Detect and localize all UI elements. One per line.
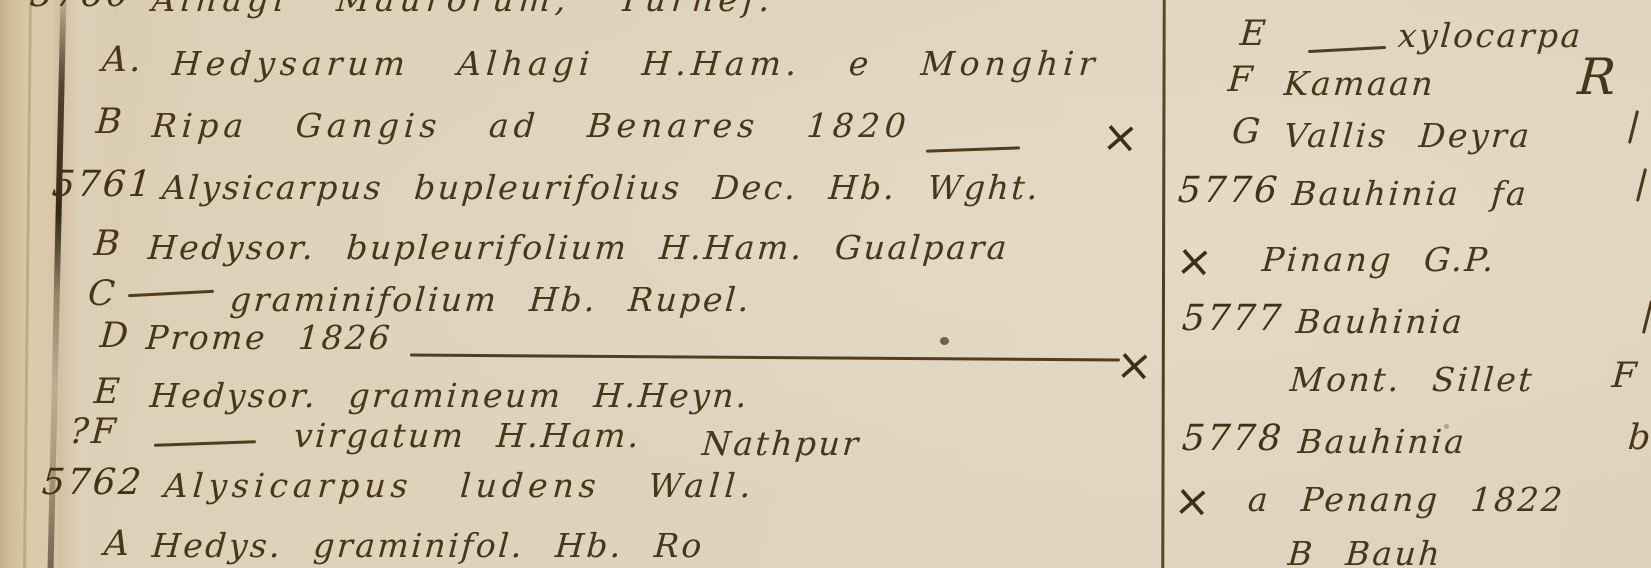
entry-number: 5762	[41, 462, 145, 503]
sub-entry-text: B Bauh	[1287, 534, 1444, 568]
cross-mark: ×	[1100, 111, 1140, 164]
locality-text: Nathpur	[701, 424, 862, 463]
sub-entry-text: Ripa Gangis ad Benares 1820	[151, 106, 913, 145]
manuscript-page: 5760 Alhagi Maurorum, Turnef. A. Hedysar…	[0, 0, 1651, 568]
sub-entry-text: graminifolium Hb. Rupel.	[229, 280, 753, 319]
inked-dash	[128, 290, 214, 297]
cross-mark: ×	[1114, 339, 1154, 392]
sub-entry-letter: D	[99, 316, 132, 356]
species-name: Bauhinia	[1295, 302, 1466, 341]
sub-entry-text: xylocarpa	[1397, 16, 1585, 55]
locality-text: Pinang G.P.	[1261, 240, 1497, 279]
sub-entry-text: Kamaan	[1283, 64, 1437, 103]
locality-text: a Penang 1822	[1247, 480, 1566, 519]
entry-number: 5776	[1177, 170, 1281, 211]
entry-number: 5760	[29, 0, 133, 15]
species-name: Alysicarpus bupleurifolius Dec. Hb. Wght…	[161, 168, 1042, 207]
locality-text: Mont. Sillet	[1289, 360, 1536, 399]
sub-entry-text: Hedysor. gramineum H.Heyn.	[149, 376, 751, 415]
cross-mark: ×	[1172, 475, 1212, 528]
sub-entry-letter: E	[1239, 14, 1270, 54]
sub-entry-letter: B	[95, 102, 126, 142]
sub-entry-letter: A	[103, 524, 134, 564]
partial-letter: R	[1576, 48, 1620, 106]
entry-number: 5777	[1181, 298, 1285, 339]
sub-entry-text: Hedys. graminifol. Hb. Ro	[151, 526, 706, 565]
inked-dash	[154, 440, 256, 446]
sub-entry-text: Hedysor. bupleurifolium H.Ham. Gualpara	[147, 228, 1011, 267]
inked-dash	[1308, 46, 1386, 53]
inked-dash	[926, 146, 1020, 152]
entry-number: 5761	[51, 164, 155, 205]
partial-letter: b	[1627, 418, 1651, 458]
column-divider-rule	[1161, 0, 1165, 568]
inked-rule	[410, 354, 1120, 361]
species-name: Bauhinia fa	[1291, 174, 1530, 213]
sub-entry-letter: F	[1227, 60, 1257, 100]
sub-entry-letter: ?F	[69, 412, 120, 452]
sub-entry-text: Vallis Deyra	[1283, 116, 1533, 155]
entry-number: 5778	[1181, 418, 1285, 459]
cross-mark: ×	[1174, 235, 1214, 288]
sub-entry-letter: C	[87, 274, 119, 314]
sub-entry-text: Prome 1826	[145, 318, 394, 357]
sub-entry-text: Hedysarum Alhagi H.Ham. e Monghir	[171, 44, 1101, 83]
sub-entry-letter: E	[93, 372, 124, 412]
partial-letter-stroke	[1642, 300, 1651, 334]
sub-entry-text: virgatum H.Ham.	[293, 416, 643, 455]
partial-letter: F	[1611, 356, 1641, 396]
ink-speck	[940, 337, 949, 345]
species-name: Alhagi Maurorum, Turnef.	[151, 0, 776, 19]
species-name: Bauhinia	[1297, 422, 1468, 461]
species-name: Alysicarpus ludens Wall.	[163, 466, 757, 505]
sub-entry-letter: B	[93, 224, 124, 264]
sub-entry-letter: G	[1231, 112, 1264, 152]
partial-letter-stroke	[1636, 168, 1647, 202]
partial-letter-stroke	[1628, 110, 1639, 144]
sub-entry-letter: A.	[101, 40, 145, 80]
